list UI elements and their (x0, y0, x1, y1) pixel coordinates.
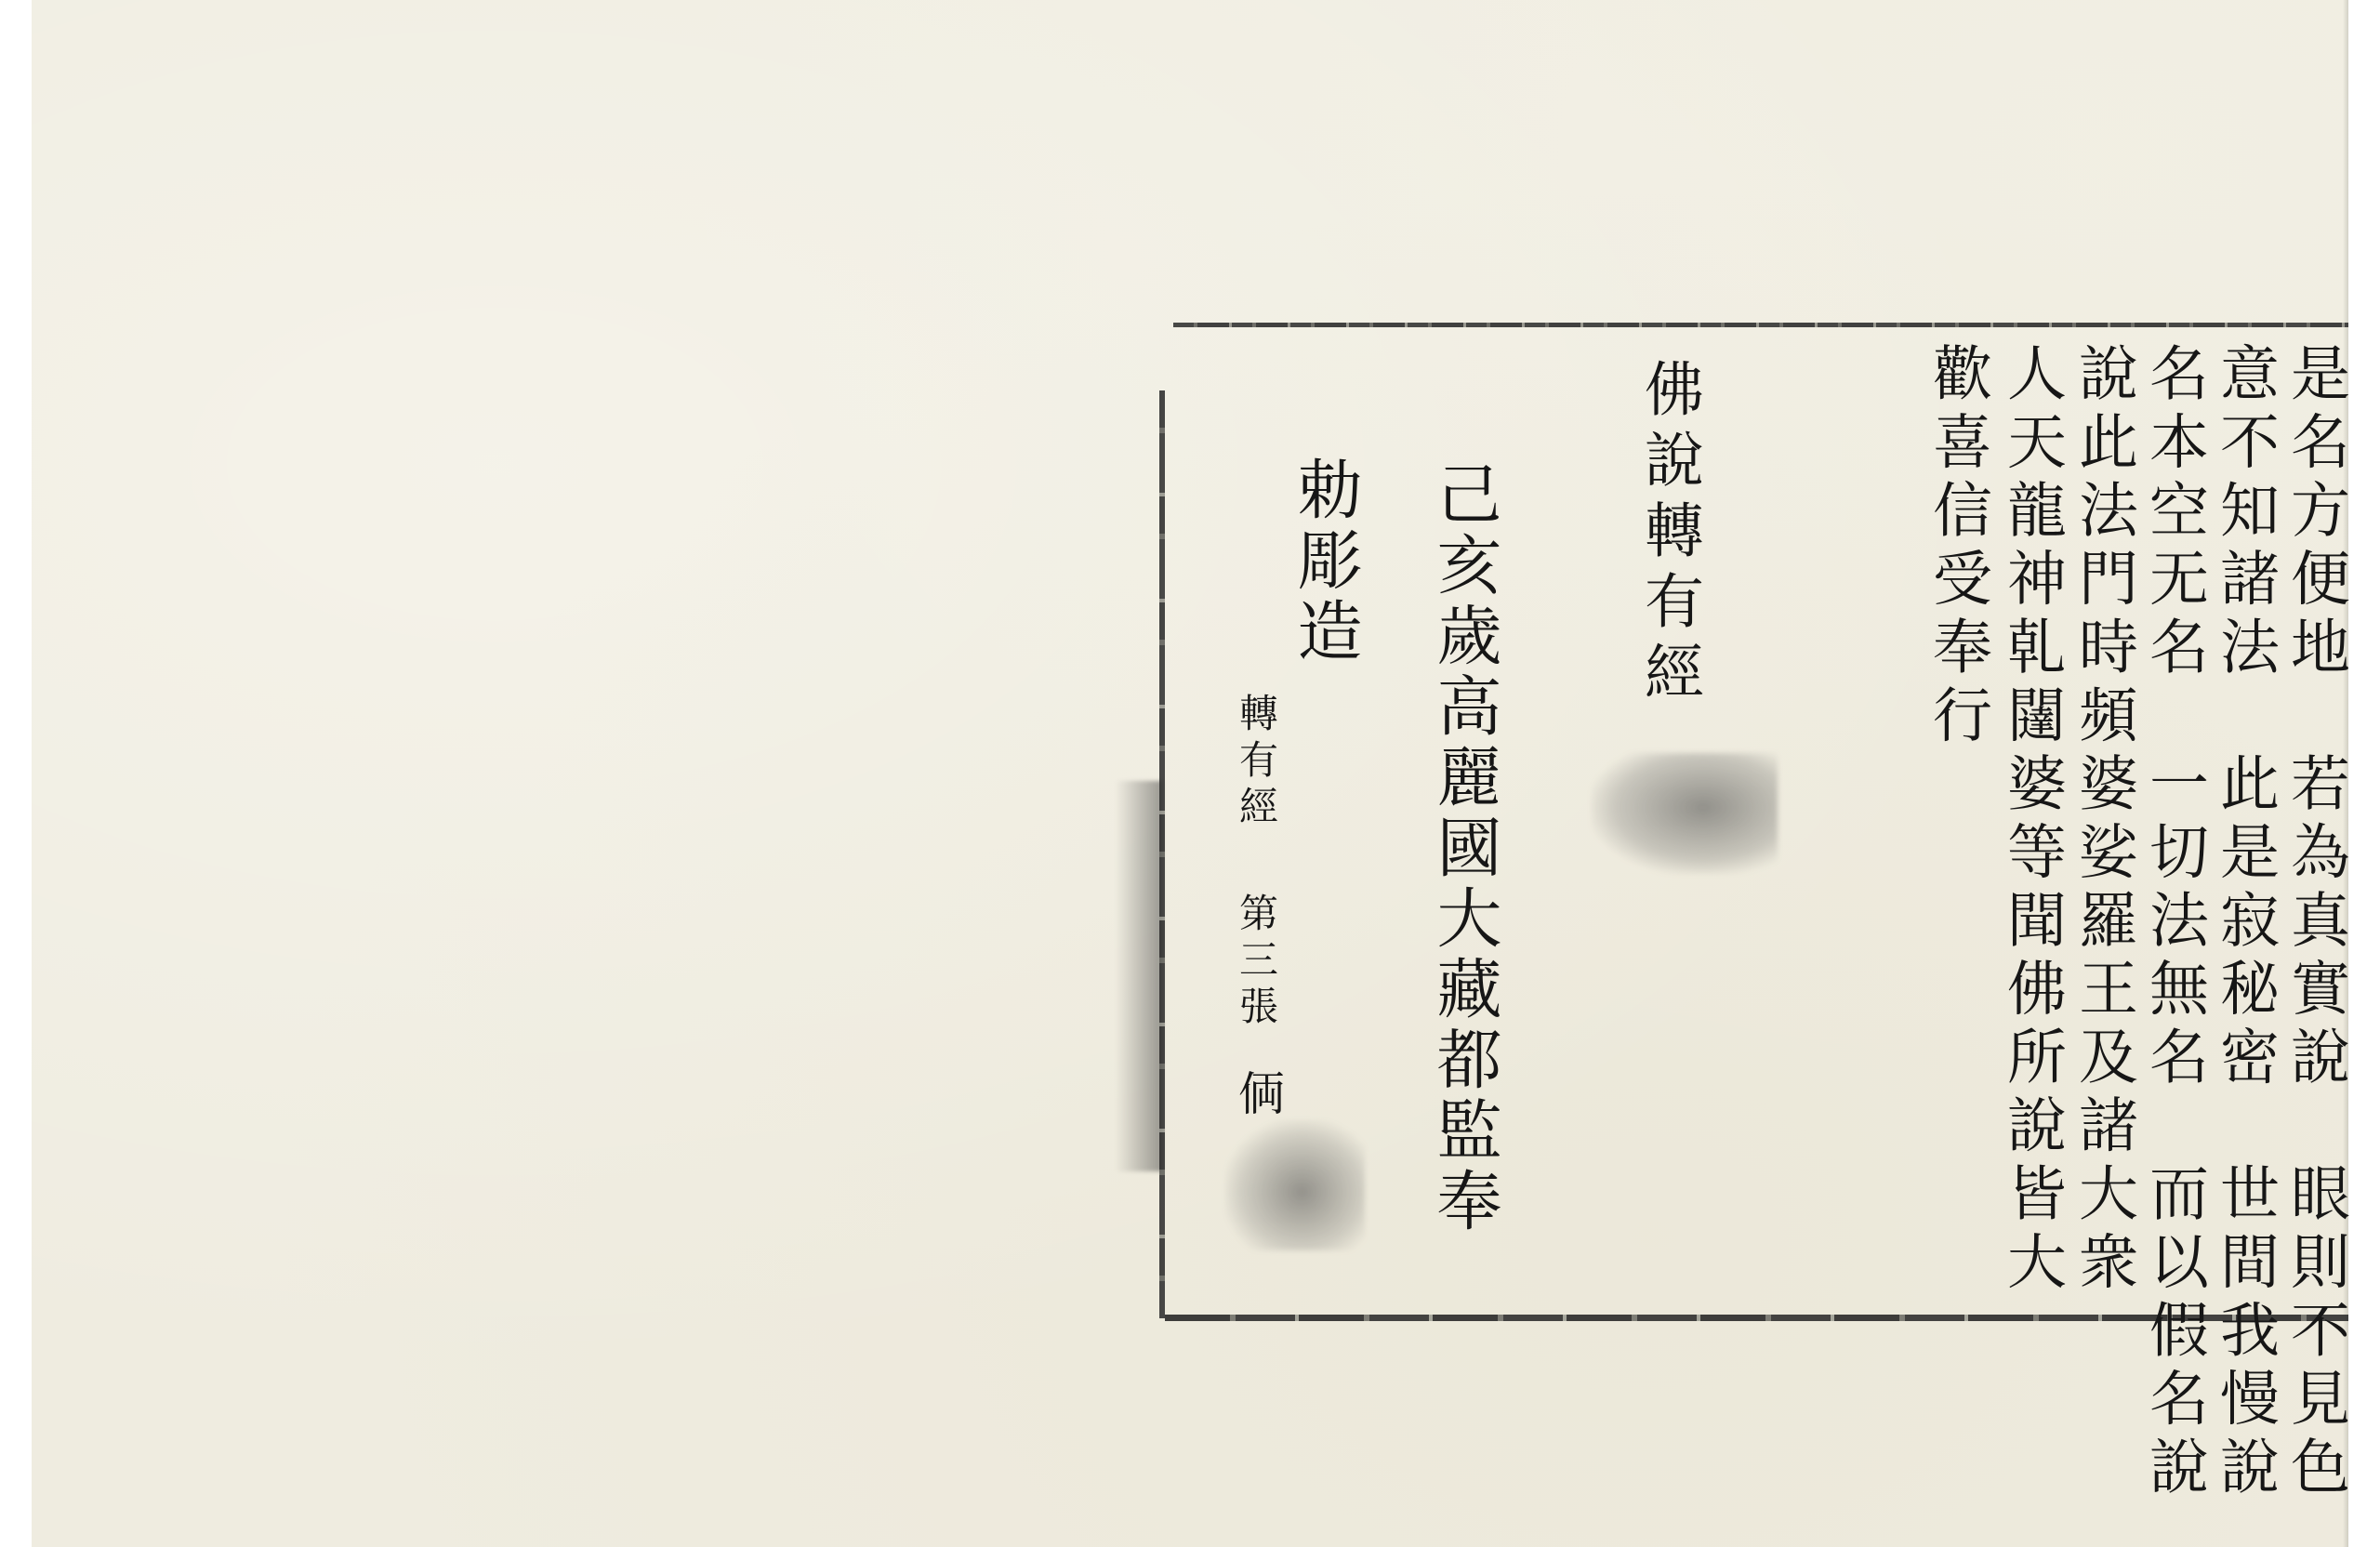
text-column-2: 意不知諸法 此是寂秘密 世間我慢說 (2215, 342, 2274, 1504)
ink-smudge-left-border (1116, 781, 1162, 1171)
text-column-4: 說此法門時頻婆娑羅王及諸大衆 (2073, 342, 2133, 1299)
text-column-1: 是名方便地 若為真實說 眼則不見色 (2285, 342, 2345, 1504)
ink-smudge-carver-mark (1225, 1120, 1365, 1250)
colophon-line-1: 己亥歲高麗國大藏都監奉 (1432, 460, 1497, 1237)
print-frame-top-border (1173, 323, 2348, 327)
ink-blot-smudge (1592, 753, 1778, 874)
colophon-line-2: 勅彫造 (1292, 456, 1357, 668)
print-frame-left-border (1159, 390, 1165, 1318)
margin-page-label: 第三張 (1236, 892, 1276, 1032)
text-column-6: 歡喜信受奉行 (1927, 342, 1987, 752)
text-column-3: 名本空无名 一切法無名 而以假名說 (2144, 342, 2203, 1504)
text-column-5: 人天龍神乹闥婆等聞佛所說皆大 (2002, 342, 2061, 1299)
margin-carver-name: 𠈓 (1235, 1069, 1281, 1123)
margin-sutra-short-title: 轉有經 (1236, 693, 1276, 832)
sutra-title-column: 佛說轉有經 (1639, 358, 1699, 711)
